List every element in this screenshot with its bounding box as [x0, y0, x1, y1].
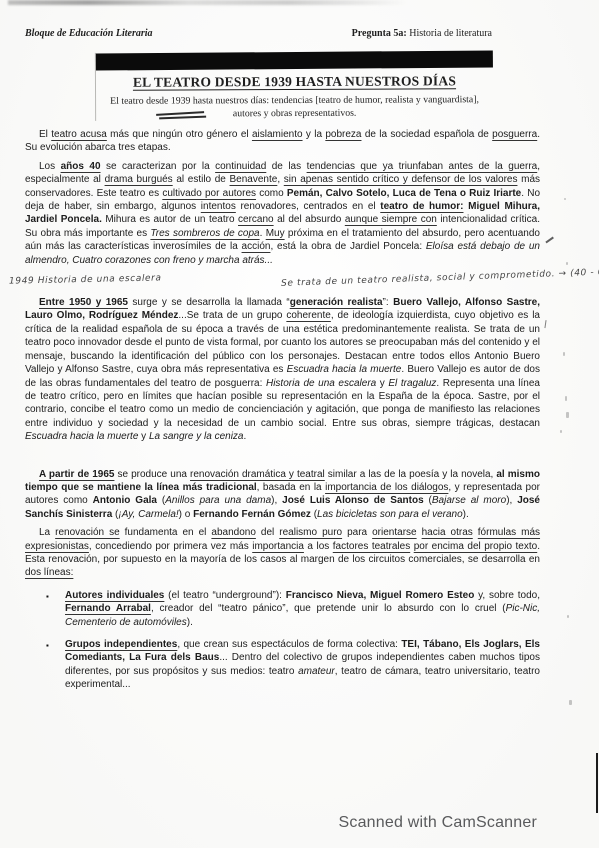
- text-run: coherente: [286, 310, 330, 321]
- text-run: orientarse: [372, 527, 416, 538]
- text-run: fundamenta en el: [120, 527, 212, 538]
- text-run: Historia de una escalera: [266, 378, 376, 389]
- text-run: del: [256, 527, 279, 538]
- text-run: ”:: [383, 297, 394, 308]
- text-run: al estilo de: [173, 174, 230, 185]
- text-run: (: [424, 495, 432, 506]
- text-run: aislamiento: [252, 129, 303, 140]
- text-run: ),: [506, 495, 517, 506]
- text-run: por encima del propio texto: [414, 541, 538, 552]
- text-run: Tres sombreros de copa: [150, 228, 259, 239]
- text-run: El: [39, 129, 51, 140]
- question-label-rest: Historia de literatura: [407, 28, 492, 39]
- text-run: de la sociedad española de: [361, 129, 492, 140]
- scan-artifact-top-smudge: [8, 0, 408, 5]
- text-run: .: [243, 431, 246, 442]
- scan-speck: [564, 198, 566, 200]
- text-run: y la: [303, 129, 326, 140]
- text-run: aunque siempre con: [345, 214, 437, 225]
- question-label-bold: Pregunta 5a:: [352, 28, 407, 39]
- text-run: teatro acusa: [51, 129, 107, 140]
- text-run: Anillos para una dama: [165, 495, 271, 506]
- handwritten-note-left: 1949 Historia de una escalera: [9, 273, 162, 286]
- scan-artifact-edge-line: [596, 753, 598, 813]
- bullet-marker: ▪: [46, 639, 49, 652]
- text-run: generación realista: [290, 297, 383, 308]
- text-run: dos líneas:: [25, 567, 73, 578]
- text-run: El tragaluz: [388, 378, 436, 389]
- scan-speck: [569, 700, 572, 705]
- text-run: años 40: [61, 161, 101, 172]
- text-run: drama burgués: [105, 174, 173, 185]
- handwritten-note-right: Se trata de un teatro realista, social y…: [281, 267, 599, 289]
- page-title: EL TEATRO DESDE 1939 HASTA NUESTROS DÍAS: [96, 73, 493, 91]
- text-run: Escuadra hacia la muerte: [25, 431, 138, 442]
- text-run: Muy: [266, 228, 285, 239]
- text-run: La: [39, 527, 55, 538]
- text-run: importancia de los diálogos: [325, 482, 448, 493]
- paragraph-1965: A partir de 1965 se produce una renovaci…: [25, 468, 540, 522]
- text-run: Bajarse al moro: [432, 495, 506, 506]
- text-run: similar a las de la poesía y la novela,: [325, 469, 497, 480]
- text-run: ...Se trata de un grupo: [178, 310, 286, 321]
- paragraph-anos-40: Los años 40 se caracterizan por la conti…: [25, 160, 540, 267]
- bullet-marker: ▪: [46, 590, 49, 603]
- text-run: acción: [242, 241, 271, 252]
- text-run: Grupos independientes: [65, 639, 177, 650]
- text-run: , creador del “teatro pánico”, que prete…: [151, 603, 506, 614]
- title-box-top-bar: [96, 50, 493, 70]
- handwritten-note-row: 1949 Historia de una escalera Se trata d…: [25, 272, 540, 294]
- text-run: Las bicicletas son para el verano: [317, 509, 463, 520]
- title-box: EL TEATRO DESDE 1939 HASTA NUESTROS DÍAS…: [95, 51, 493, 121]
- text-run: se caracterizan por la: [101, 161, 216, 172]
- text-run: ).: [463, 509, 469, 520]
- list-item-autores-individuales: ▪ Autores individuales (el teatro “under…: [25, 589, 540, 629]
- scan-speck: [567, 615, 569, 618]
- text-run: realismo puro: [279, 527, 342, 538]
- text-run: Autores individuales: [65, 590, 164, 601]
- text-run: y: [138, 431, 149, 442]
- text-run: pobreza: [325, 129, 361, 140]
- text-run: surge y se desarrolla la llamada “: [128, 297, 290, 308]
- text-run: y, sobre todo,: [474, 590, 540, 601]
- paragraph-renovacion: La renovación se fundamenta en el abando…: [25, 526, 540, 580]
- text-run: (el teatro “underground”):: [164, 590, 285, 601]
- text-run: renovación se: [55, 527, 120, 538]
- text-run: Fernando Fernán Gómez: [193, 509, 311, 520]
- text-run: sin apenas sentido crítico y defensor de…: [284, 174, 518, 185]
- scanned-page: Bloque de Educación Literaria Pregunta 5…: [0, 0, 599, 848]
- text-run: , concediendo por primera vez más: [89, 541, 252, 552]
- text-run: renovación dramática y teatral: [190, 469, 325, 480]
- text-run: se produce una: [114, 469, 190, 480]
- list-item-text: Autores individuales (el teatro “undergr…: [65, 590, 540, 628]
- text-run: amateur: [298, 666, 335, 677]
- list-item-grupos-independientes: ▪ Grupos independientes, que crean sus e…: [25, 638, 540, 692]
- text-run: a los: [304, 541, 333, 552]
- text-run: tendencias que ya triunfaban antes de la…: [307, 161, 538, 172]
- camscanner-watermark: Scanned with CamScanner: [339, 814, 537, 832]
- text-run: Antonio Gala: [93, 495, 157, 506]
- scan-speck: [566, 412, 569, 418]
- text-run: ).: [187, 617, 193, 628]
- text-run: importancia: [252, 541, 304, 552]
- text-run: Benavente: [230, 174, 278, 185]
- text-run: cercano: [238, 214, 274, 225]
- text-run: al del absurdo: [274, 214, 345, 225]
- text-run: hacia otras: [422, 527, 473, 538]
- scan-speck: [560, 430, 562, 433]
- text-run: José Luis Alonso de Santos: [282, 495, 424, 506]
- scan-speck: [565, 396, 567, 401]
- page-header: Bloque de Educación Literaria Pregunta 5…: [25, 28, 540, 39]
- paragraph-1950-1965: Entre 1950 y 1965 surge y se desarrolla …: [25, 296, 540, 443]
- text-run: más que ningún otro género el: [107, 129, 252, 140]
- text-run: Los: [39, 161, 61, 172]
- text-run: como: [256, 188, 287, 199]
- bullet-list: ▪ Autores individuales (el teatro “under…: [25, 589, 540, 692]
- text-run: posguerra: [492, 129, 537, 140]
- question-label: Pregunta 5a: Historia de literatura: [352, 28, 492, 39]
- paragraph-intro: El teatro acusa más que ningún otro géne…: [25, 128, 540, 155]
- text-run: continuidad: [215, 161, 266, 172]
- text-run: , que crean sus espectáculos de forma co…: [177, 639, 401, 650]
- text-run: de las: [266, 161, 306, 172]
- text-run: La sangre y la ceniza: [149, 431, 244, 442]
- text-run: ) o: [179, 509, 193, 520]
- page-content: Bloque de Educación Literaria Pregunta 5…: [0, 0, 599, 692]
- list-item-text: Grupos independientes, que crean sus esp…: [65, 639, 540, 690]
- text-run: abandono: [211, 527, 256, 538]
- text-run: ¡Ay, Carmela!: [118, 509, 178, 520]
- text-run: renovadores, centrados en el: [236, 201, 380, 212]
- text-run: (: [157, 495, 165, 506]
- text-run: Fernando Arrabal: [65, 603, 151, 614]
- text-run: cultivado por autores: [162, 188, 256, 199]
- text-run: Francisco Nieva, Miguel Romero Esteo: [286, 590, 475, 601]
- text-run: Mihura es autor de un teatro: [102, 214, 238, 225]
- text-run: Entre 1950 y 1965: [39, 297, 128, 308]
- text-run: teatro de humor:: [380, 201, 463, 212]
- text-run: Pemán, Calvo Sotelo, Luca de Tena o Ruiz…: [287, 188, 521, 199]
- text-run: y: [376, 378, 388, 389]
- scan-speck: [563, 352, 565, 356]
- text-run: ),: [271, 495, 282, 506]
- page-subtitle: El teatro desde 1939 hasta nuestros días…: [109, 93, 481, 121]
- text-run: factores teatrales: [333, 541, 410, 552]
- text-run: , está la obra de Jardiel Poncela:: [270, 241, 425, 252]
- course-label: Bloque de Educación Literaria: [25, 28, 153, 39]
- text-run: , basada en la: [257, 482, 325, 493]
- text-run: A partir de 1965: [39, 469, 114, 480]
- scan-speck: [566, 262, 568, 265]
- text-run: intentos: [201, 201, 236, 212]
- text-run: para: [342, 527, 372, 538]
- text-run: Escuadra hacia la muerte: [287, 364, 402, 375]
